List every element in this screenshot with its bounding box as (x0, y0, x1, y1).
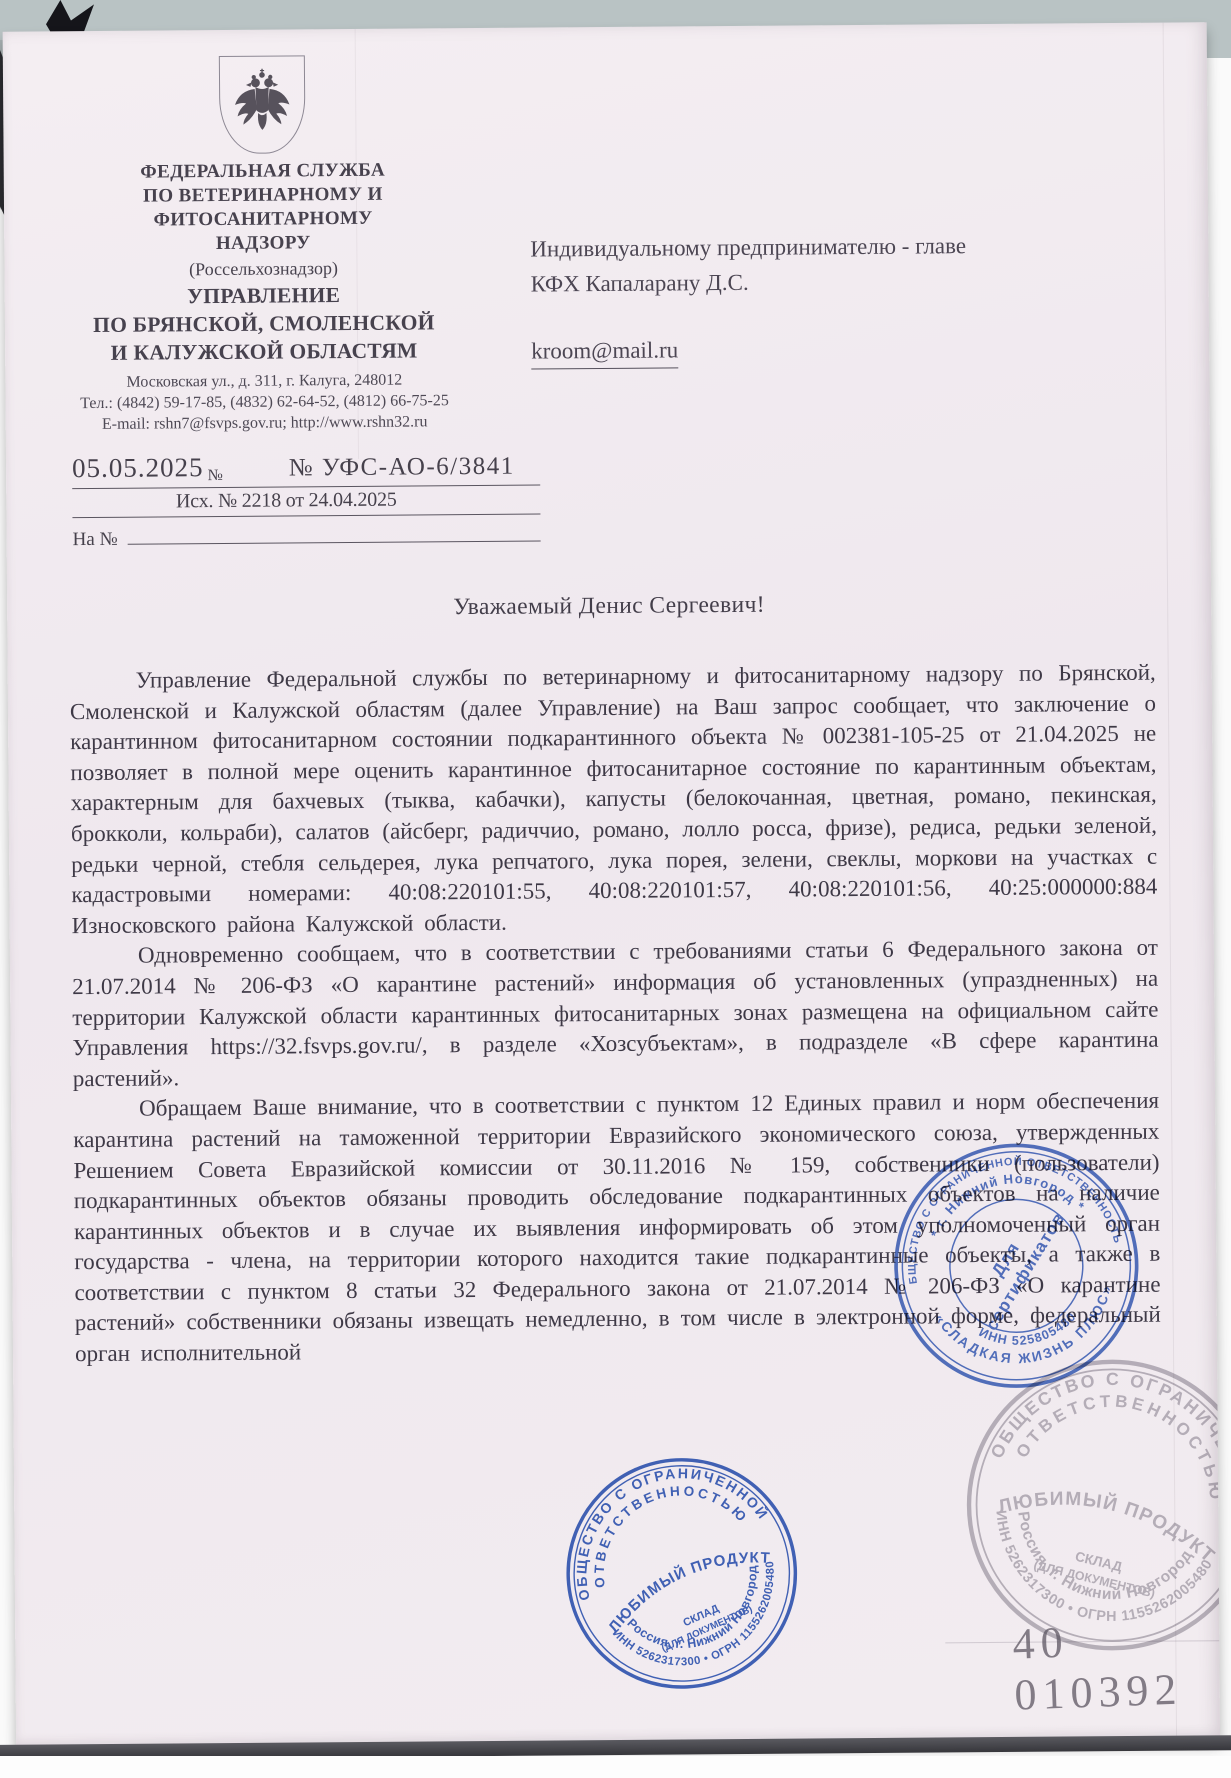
outgoing-number: Исх. № 2218 от 24.04.2025 (72, 485, 540, 518)
coat-of-arms-icon (219, 55, 306, 154)
service-name-line: ФЕДЕРАЛЬНАЯ СЛУЖБА (38, 158, 488, 186)
letter-page: ФЕДЕРАЛЬНАЯ СЛУЖБА ПО ВЕТЕРИНАРНОМУ И ФИ… (3, 22, 1220, 1747)
recipient-line: Индивидуальному предпринимателю - главе (530, 226, 1174, 266)
letterhead: ФЕДЕРАЛЬНАЯ СЛУЖБА ПО ВЕТЕРИНАРНОМУ И ФИ… (37, 54, 490, 436)
letter-date: 05.05.2025 (72, 452, 204, 484)
scanner-background-bottom (0, 1756, 1231, 1778)
reply-to-line: На № (73, 520, 541, 551)
reply-to-blank (128, 520, 541, 544)
double-headed-eagle-icon (229, 64, 296, 145)
reference-block: 05.05.2025 № № УФС-АО-6/3841 Исх. № 2218… (72, 449, 541, 551)
service-short-name: (Россельхознадзор) (38, 254, 488, 284)
service-name-line: ПО ВЕТЕРИНАРНОМУ И (38, 182, 488, 210)
recipient-block: Индивидуальному предпринимателю - главе … (487, 49, 1176, 432)
letter-header: ФЕДЕРАЛЬНАЯ СЛУЖБА ПО ВЕТЕРИНАРНОМУ И ФИ… (3, 22, 1210, 435)
scanned-letter: ФЕДЕРАЛЬНАЯ СЛУЖБА ПО ВЕТЕРИНАРНОМУ И ФИ… (0, 0, 1231, 1778)
office-name-line: И КАЛУЖСКОЙ ОБЛАСТЯМ (39, 336, 489, 368)
office-name-line: УПРАВЛЕНИЕ (39, 280, 489, 312)
registration-number: 40 010392 (1012, 1611, 1220, 1720)
number-sign: № (208, 467, 223, 485)
service-name-line: ФИТОСАНИТАРНОМУ (38, 206, 488, 234)
reference-line-date: 05.05.2025 № № УФС-АО-6/3841 (72, 449, 540, 489)
recipient-line: КФХ Капаларану Д.С. (530, 261, 1174, 301)
service-name-line: НАДЗОРУ (38, 230, 488, 258)
paragraph-1: Управление Федеральной службы по ветерин… (70, 658, 1158, 942)
stamp-lyubimy-produkt: ОБЩЕСТВО С ОГРАНИЧЕННОЙ ИНН 5262317300 •… (524, 1416, 839, 1731)
office-email-site: E-mail: rshn7@fsvps.gov.ru; http://www.r… (40, 411, 490, 436)
salutation: Уважаемый Денис Сергеевич! (7, 588, 1211, 624)
recipient-email: kroom@mail.ru (531, 332, 678, 369)
paragraph-2: Одновременно сообщаем, что в соответстви… (72, 933, 1159, 1094)
office-name-line: ПО БРЯНСКОЙ, СМОЛЕНСКОЙ (39, 308, 489, 340)
letter-number: № УФС-АО-6/3841 (289, 453, 515, 483)
reply-to-label: На № (73, 529, 118, 551)
